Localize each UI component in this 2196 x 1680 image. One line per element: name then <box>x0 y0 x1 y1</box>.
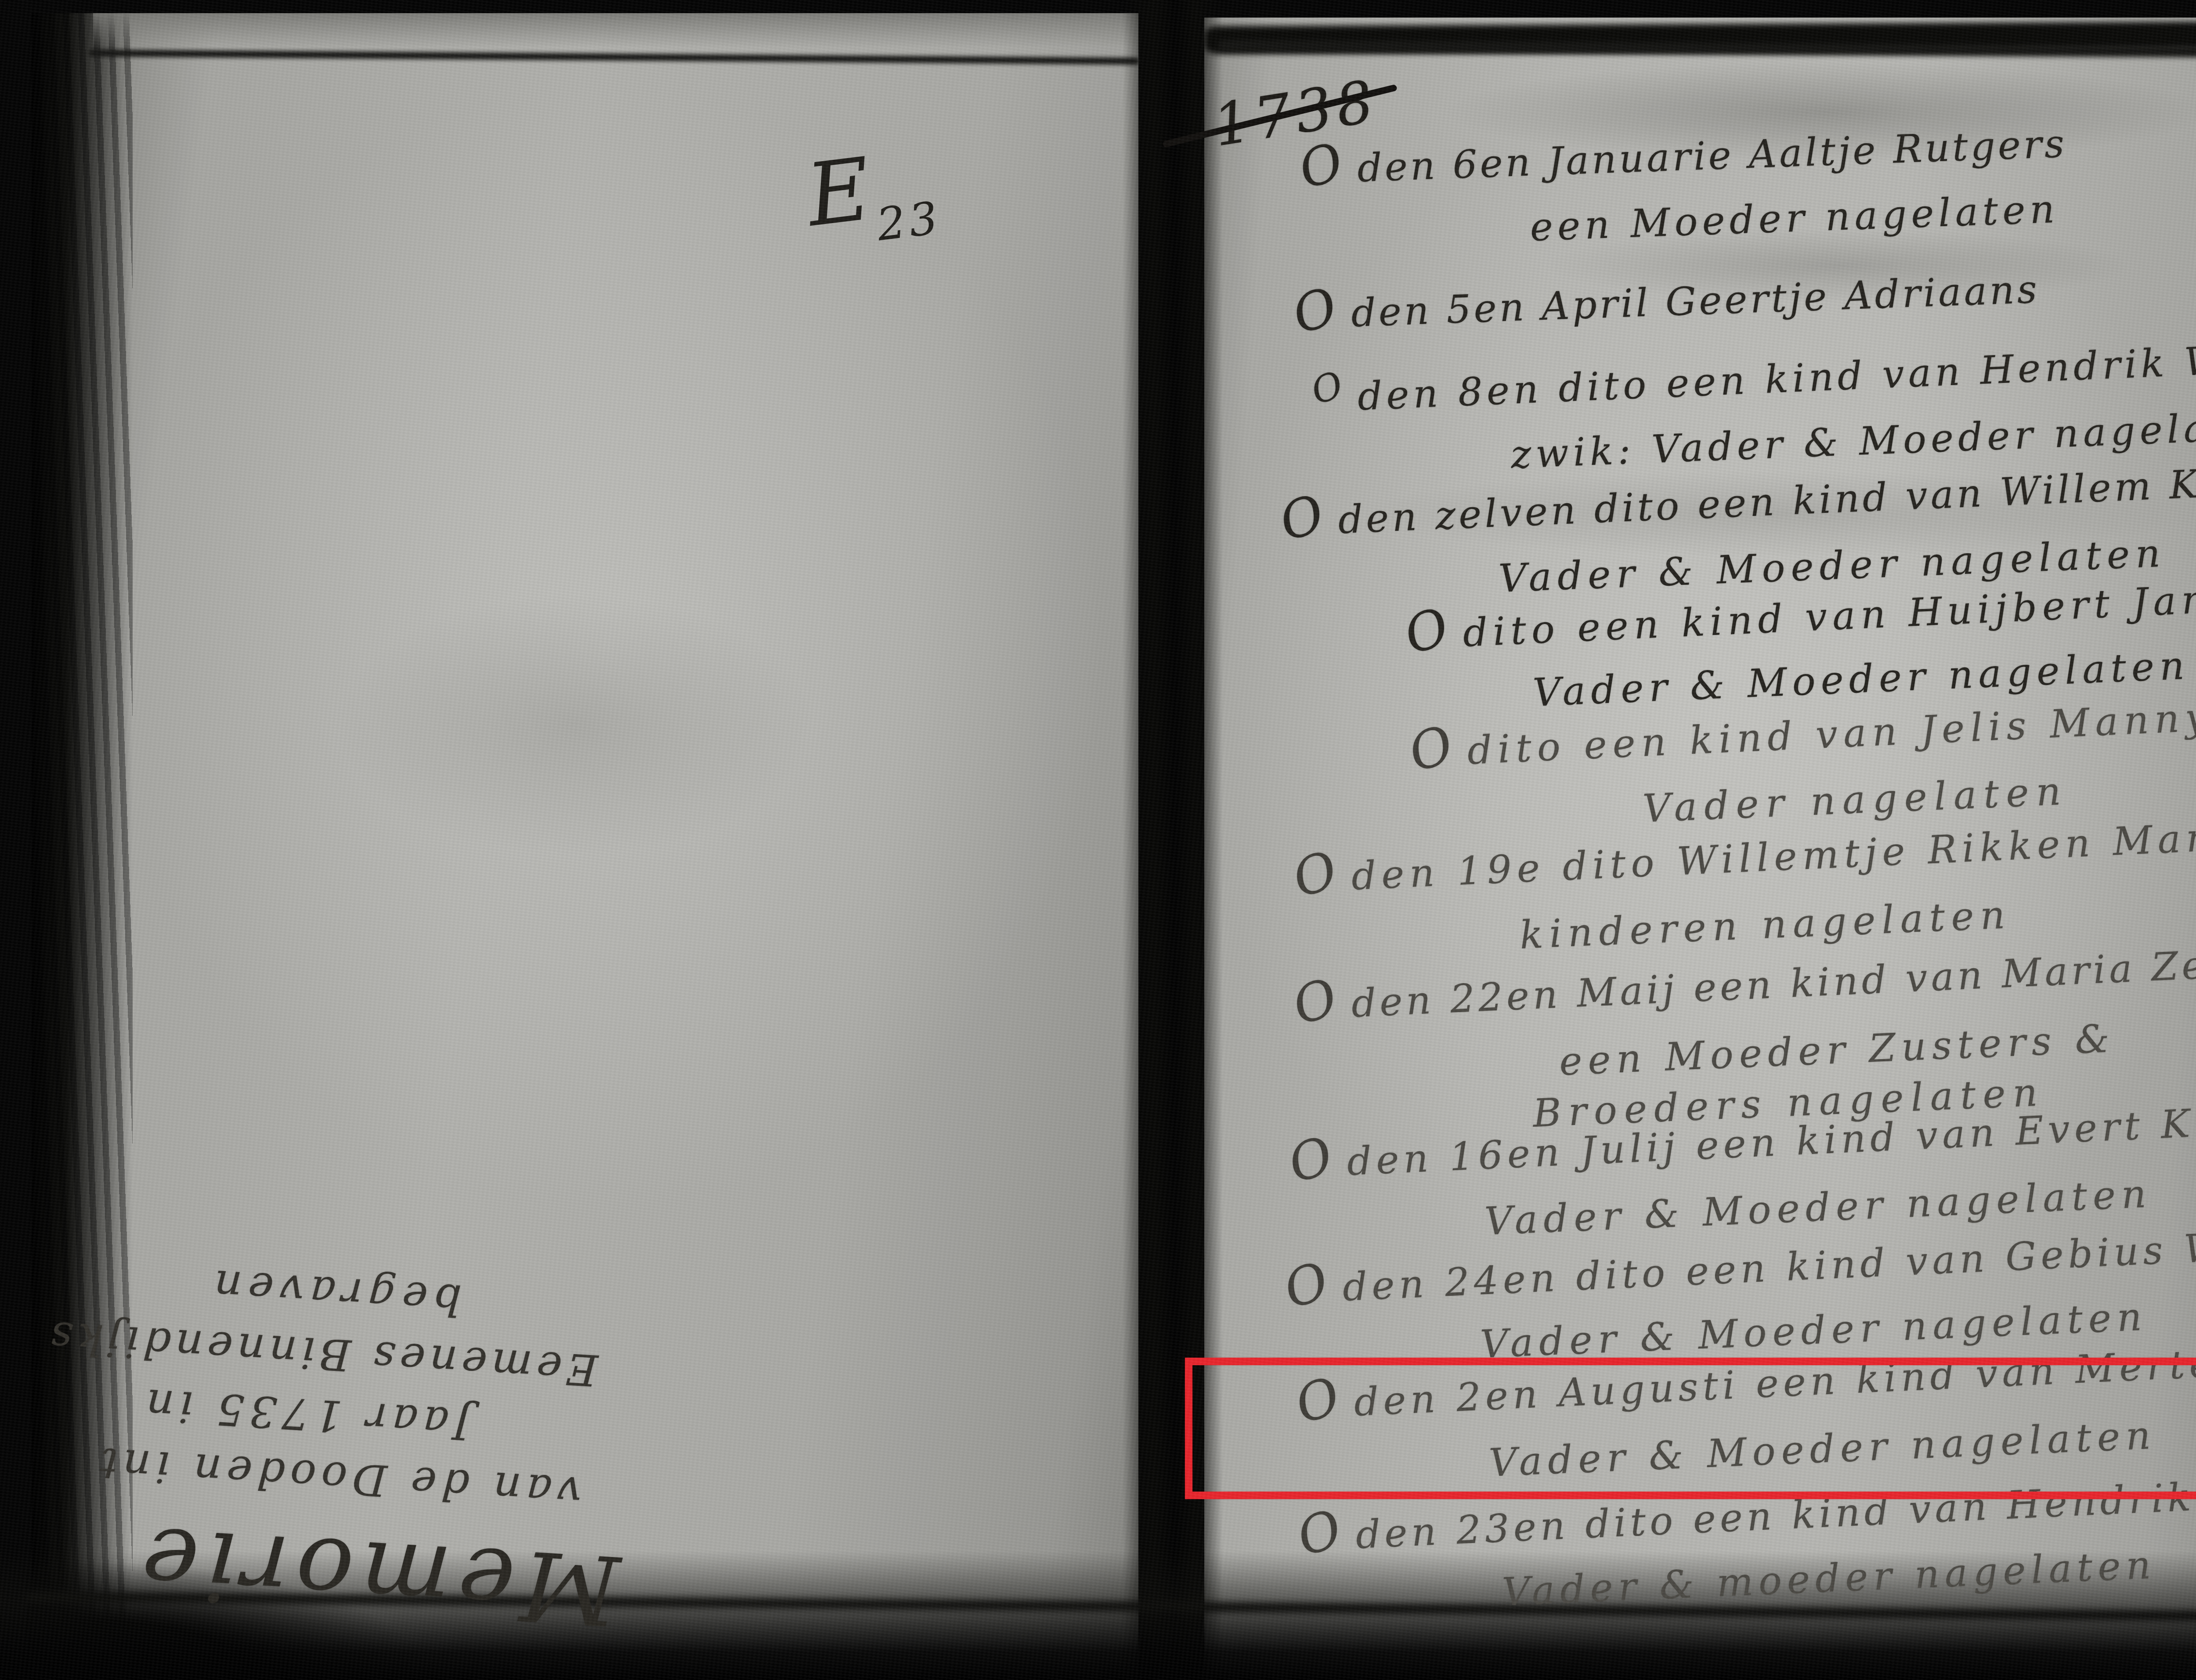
death-circle-mark: O <box>1405 723 1457 775</box>
right-page-top-edge-line <box>1217 40 2196 58</box>
death-circle-mark: O <box>1284 1134 1337 1186</box>
memo-line: begraven <box>65 1251 462 1325</box>
death-circle-mark: O <box>1400 605 1453 657</box>
folio-number: 23 <box>874 191 944 251</box>
manuscript-scan: { "left_page": { "folio_mark": { "letter… <box>0 0 2196 1680</box>
death-circle-mark: O <box>1289 848 1341 900</box>
death-circle-mark: O <box>1275 492 1328 544</box>
memo-line: Jaar 1735 in <box>58 1374 473 1449</box>
left-page-top-edge <box>93 13 1138 47</box>
folio-letter: E <box>802 139 876 246</box>
death-circle-mark: O <box>1308 370 1346 407</box>
annotation-highlight-box <box>1185 1358 2196 1499</box>
folio-mark: E23 <box>802 131 940 246</box>
death-circle-mark: O <box>1295 140 1347 191</box>
death-circle-mark: O <box>1293 1507 1346 1559</box>
death-circle-mark: O <box>1280 1259 1333 1311</box>
left-page-top-crack <box>89 50 1139 65</box>
rotated-memo: Memorie van de Dooden int Jaar 1735 in E… <box>46 1234 652 1647</box>
right-page-top-edge <box>1204 22 2196 54</box>
death-circle-mark: O <box>1289 976 1341 1027</box>
death-circle-mark: O <box>1289 285 1341 336</box>
